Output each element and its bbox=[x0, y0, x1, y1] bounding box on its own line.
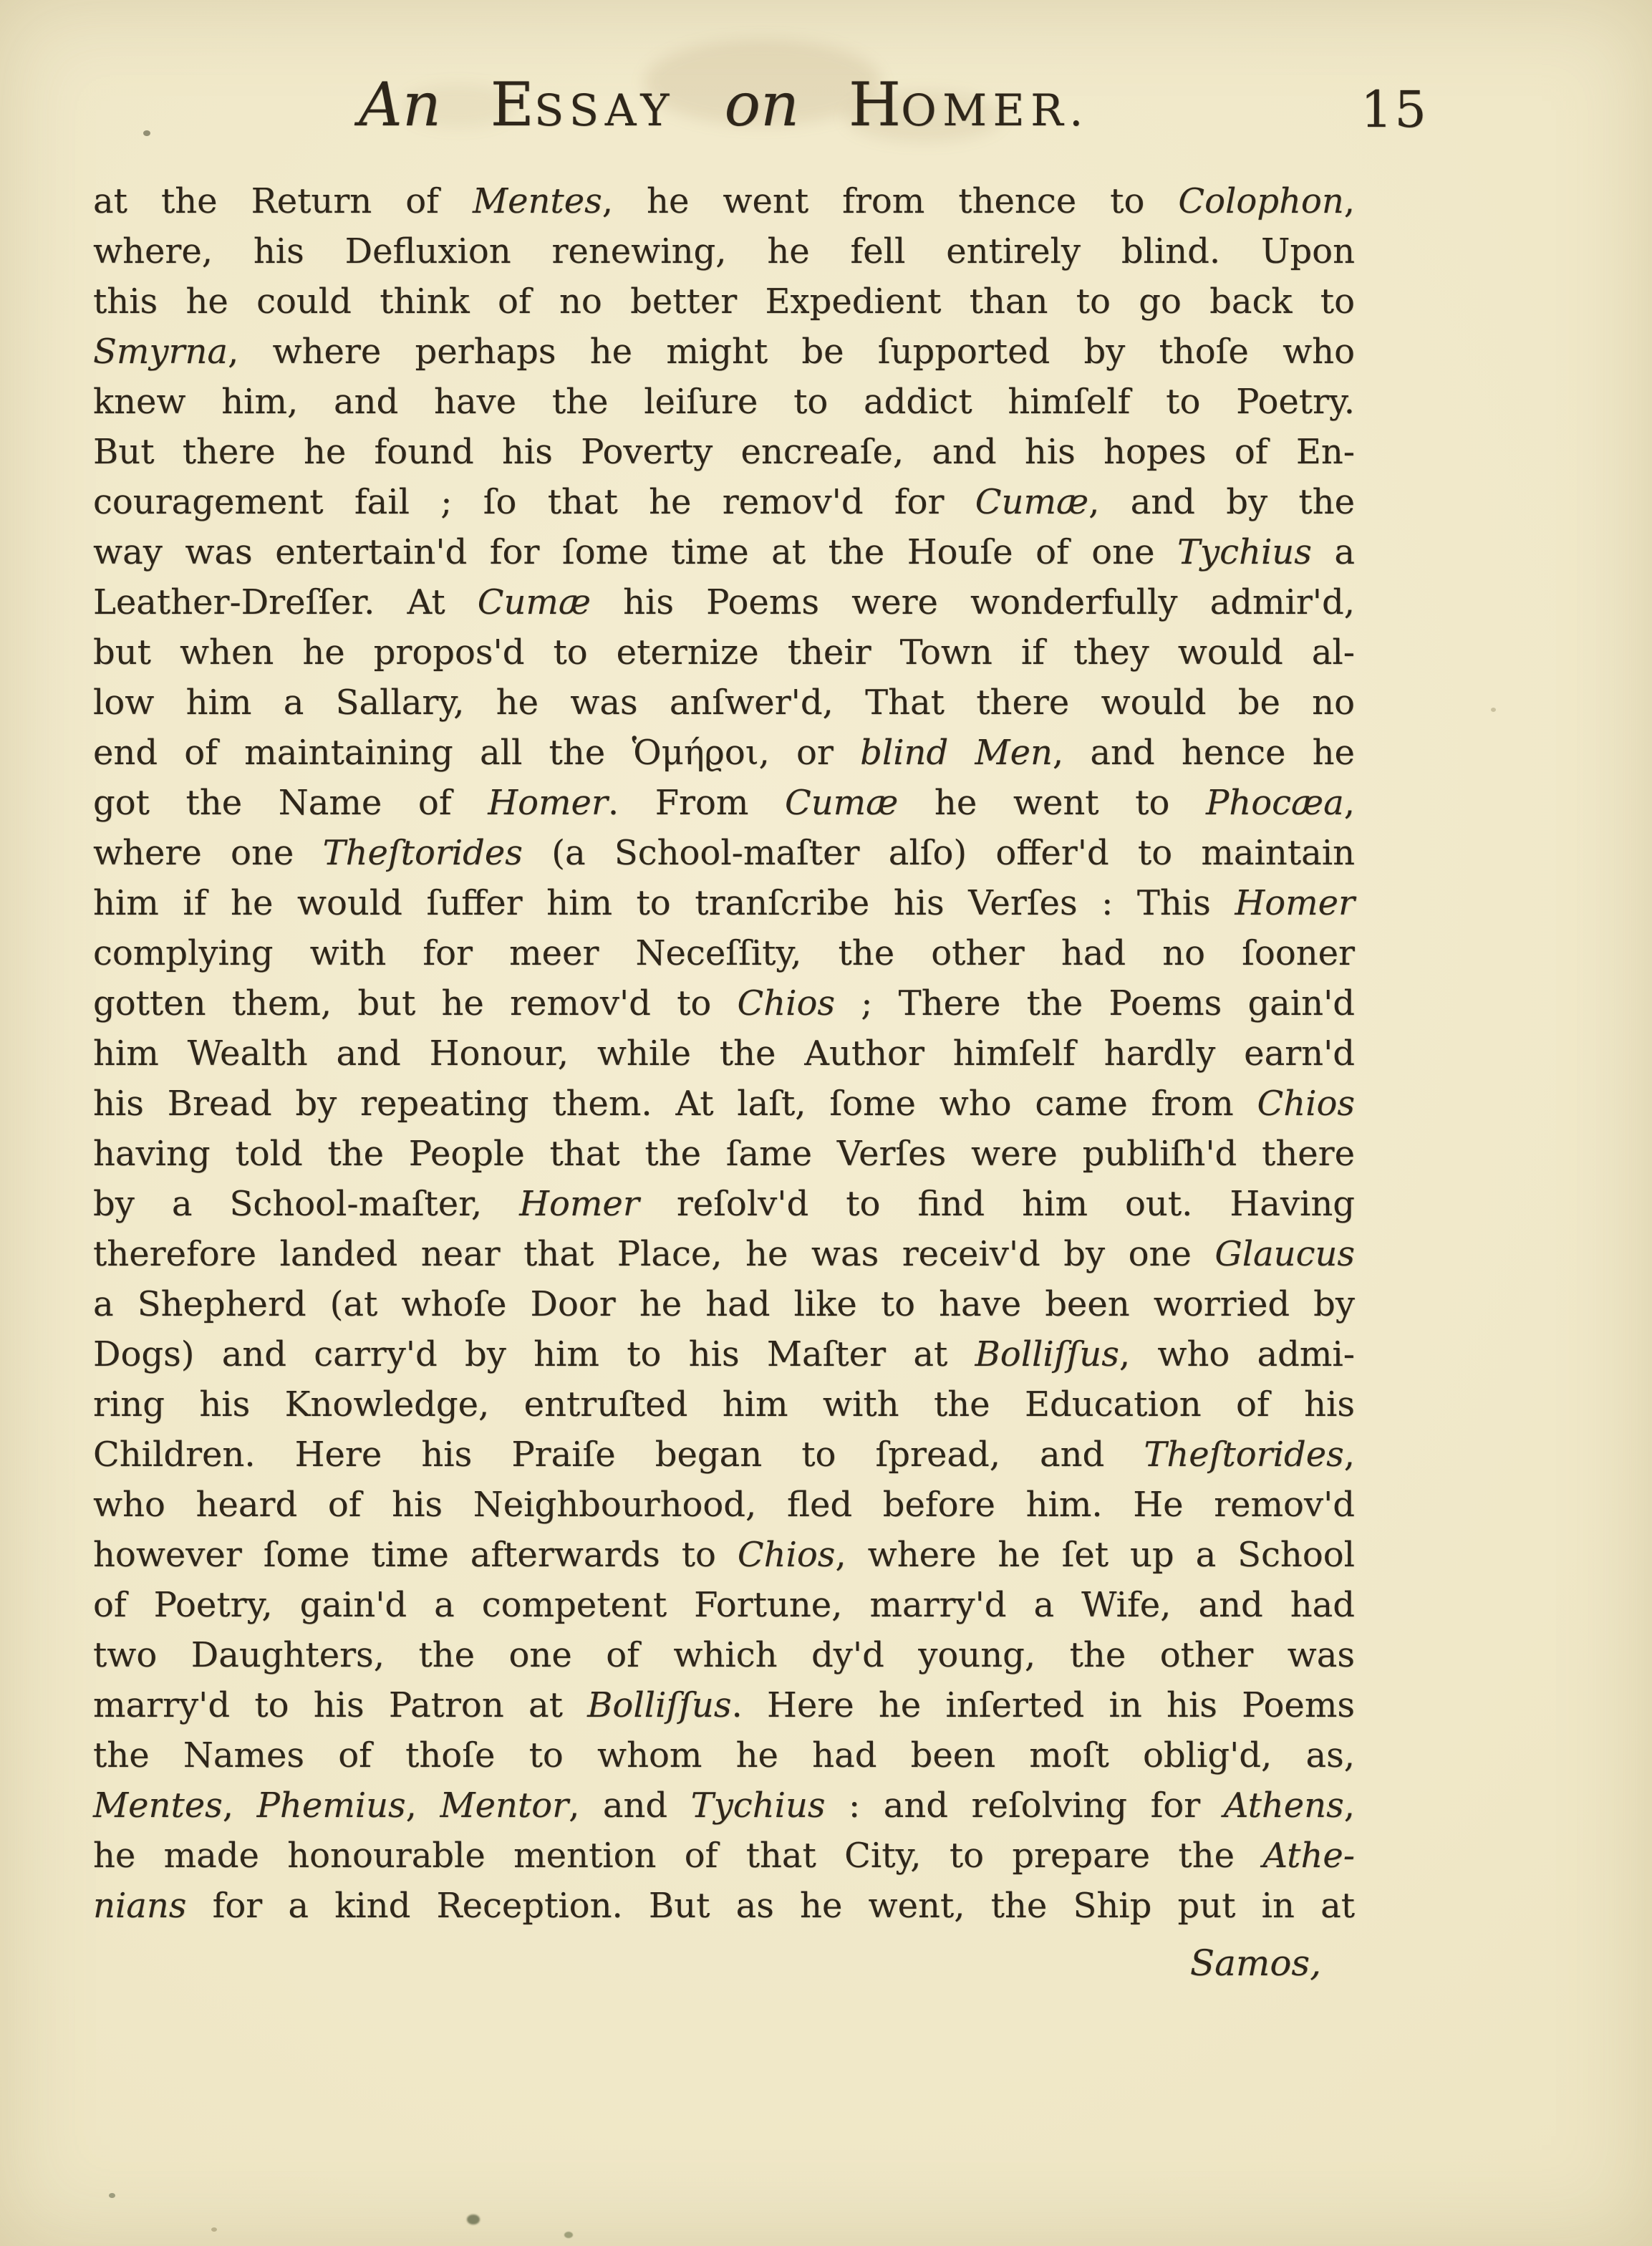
roman-text: at the Return of bbox=[93, 181, 473, 221]
text-line: nians for a kind Reception. But as he we… bbox=[93, 1881, 1355, 1931]
paper-speck bbox=[1491, 708, 1496, 712]
roman-text: who heard of his Neighbourhood, fled bef… bbox=[93, 1485, 1355, 1525]
text-line: But there he found his Poverty encreaſe,… bbox=[93, 427, 1355, 477]
smallcaps-text: omer. bbox=[901, 86, 1089, 136]
roman-text: he made honourable mention of that City,… bbox=[93, 1836, 1262, 1876]
roman-text: , he went from thence to bbox=[602, 181, 1179, 221]
roman-text: him Wealth and Honour, while the Author … bbox=[93, 1033, 1355, 1074]
italic-text: An bbox=[359, 69, 441, 140]
text-line: where, his Defluxion renewing, he fell e… bbox=[93, 226, 1355, 276]
roman-text bbox=[441, 69, 491, 140]
italic-text: Cumæ bbox=[975, 482, 1088, 522]
text-line: having told the People that the ſame Ver… bbox=[93, 1129, 1355, 1179]
text-line: by a School-maſter, Homer reſolv'd to fi… bbox=[93, 1179, 1355, 1229]
italic-text: Cumæ bbox=[478, 582, 591, 622]
text-line: at the Return of Mentes, he went from th… bbox=[93, 176, 1355, 226]
text-line: complying with for meer Neceſſity, the o… bbox=[93, 928, 1355, 978]
italic-text: Bolliſſus bbox=[587, 1685, 731, 1725]
text-line: Smyrna, where perhaps he might be ſuppor… bbox=[93, 327, 1355, 377]
text-line: a Shepherd (at whoſe Door he had like to… bbox=[93, 1279, 1355, 1329]
book-page: An Essay on Homer. 15 at the Return of M… bbox=[0, 0, 1652, 2246]
roman-text: complying with for meer Neceſſity, the o… bbox=[93, 933, 1355, 973]
text-line: of Poetry, gain'd a competent Fortune, m… bbox=[93, 1580, 1355, 1630]
roman-text: , bbox=[1344, 181, 1355, 221]
smallcaps-text: ssay bbox=[534, 86, 675, 136]
text-line: got the Name of Homer. From Cumæ he went… bbox=[93, 778, 1355, 828]
text-line: Dogs) and carry'd by him to his Maſter a… bbox=[93, 1329, 1355, 1379]
italic-text: Chios bbox=[1257, 1084, 1355, 1124]
italic-text: Homer bbox=[519, 1184, 639, 1224]
roman-text: by a School-maſter, bbox=[93, 1184, 519, 1224]
roman-text: having told the People that the ſame Ver… bbox=[93, 1134, 1355, 1174]
italic-text: Mentes bbox=[93, 1785, 223, 1826]
roman-text: reſolv'd to find him out. Having bbox=[639, 1184, 1355, 1224]
roman-text: knew him, and have the leiſure to addict… bbox=[93, 382, 1355, 422]
italic-text: Homer bbox=[488, 783, 608, 823]
roman-text: . From bbox=[608, 783, 785, 823]
text-line: Children. Here his Praiſe began to ſprea… bbox=[93, 1430, 1355, 1480]
italic-text: Tychius bbox=[691, 1785, 826, 1826]
text-line: him if he would ſuffer him to tranſcribe… bbox=[93, 878, 1355, 928]
roman-text: : and reſolving for bbox=[826, 1785, 1224, 1826]
roman-text: E bbox=[491, 69, 534, 140]
roman-text: a bbox=[1312, 532, 1355, 572]
italic-text: Smyrna bbox=[93, 332, 228, 372]
roman-text: a Shepherd (at whoſe Door he had like to… bbox=[93, 1284, 1355, 1324]
roman-text: , and hence he bbox=[1053, 733, 1355, 773]
roman-text: him if he would ſuffer him to tranſcribe… bbox=[93, 883, 1235, 923]
text-line: therefore landed near that Place, he was… bbox=[93, 1229, 1355, 1279]
italic-text: Tychius bbox=[1177, 532, 1312, 572]
text-line: the Names of thoſe to whom he had been m… bbox=[93, 1730, 1355, 1780]
roman-text: where one bbox=[93, 833, 323, 873]
text-line: marry'd to his Patron at Bolliſſus. Here… bbox=[93, 1680, 1355, 1730]
italic-text: Colophon bbox=[1178, 181, 1343, 221]
italic-text: Phemius bbox=[257, 1785, 406, 1826]
italic-text: Glaucus bbox=[1214, 1234, 1355, 1274]
text-line: way was entertain'd for ſome time at the… bbox=[93, 527, 1355, 577]
paper-speck bbox=[109, 2193, 115, 2198]
roman-text: got the Name of bbox=[93, 783, 488, 823]
roman-text: ring his Knowledge, entruſted him with t… bbox=[93, 1384, 1355, 1425]
italic-text: Athens bbox=[1224, 1785, 1344, 1826]
text-line: gotten them, but he remov'd to Chios ; T… bbox=[93, 978, 1355, 1028]
roman-text: of Poetry, gain'd a competent Fortune, m… bbox=[93, 1585, 1355, 1625]
running-header: An Essay on Homer. bbox=[93, 74, 1355, 135]
roman-text: the Names of thoſe to whom he had been m… bbox=[93, 1735, 1355, 1775]
roman-text: , where perhaps he might be ſupported by… bbox=[228, 332, 1355, 372]
roman-text: gotten them, but he remov'd to bbox=[93, 983, 738, 1023]
text-line: low him a Sallary, he was anſwer'd, That… bbox=[93, 678, 1355, 728]
italic-text: on bbox=[724, 69, 799, 140]
roman-text: , bbox=[1344, 783, 1355, 823]
roman-text: , where he ſet up a School bbox=[835, 1535, 1355, 1575]
roman-text: end of maintaining all the bbox=[93, 733, 632, 773]
roman-text: his Poems were wonderfully admir'd, bbox=[591, 582, 1355, 622]
roman-text: for a kind Reception. But as he went, th… bbox=[186, 1886, 1355, 1926]
paper-speck bbox=[143, 130, 150, 136]
roman-text: where, his Defluxion renewing, he fell e… bbox=[93, 231, 1355, 271]
roman-text: , who admi- bbox=[1119, 1334, 1355, 1374]
roman-text: . Here he inſerted in his Poems bbox=[731, 1685, 1355, 1725]
text-line: but when he propos'd to eternize their T… bbox=[93, 627, 1355, 678]
text-line: Mentes, Phemius, Mentor, and Tychius : a… bbox=[93, 1780, 1355, 1831]
roman-text: he went to bbox=[898, 783, 1206, 823]
roman-text: therefore landed near that Place, he was… bbox=[93, 1234, 1214, 1274]
roman-text: (a School-maſter alſo) offer'd to mainta… bbox=[523, 833, 1355, 873]
roman-text: , and by the bbox=[1088, 482, 1355, 522]
text-line: he made honourable mention of that City,… bbox=[93, 1831, 1355, 1881]
paper-speck bbox=[564, 2232, 573, 2238]
text-line: end of maintaining all the Ὁμήϱοι, or bl… bbox=[93, 728, 1355, 778]
text-line: this he could think of no better Expedie… bbox=[93, 276, 1355, 327]
roman-text: Children. Here his Praiſe began to ſprea… bbox=[93, 1435, 1144, 1475]
greek-text: Ὁμήϱοι bbox=[632, 733, 758, 773]
italic-text: blind Men bbox=[860, 733, 1053, 773]
text-line: ring his Knowledge, entruſted him with t… bbox=[93, 1379, 1355, 1430]
roman-text: Leather-Dreſſer. At bbox=[93, 582, 478, 622]
roman-text: , and bbox=[569, 1785, 691, 1826]
page-number: 15 bbox=[1361, 85, 1429, 135]
roman-text: two Daughters, the one of which dy'd you… bbox=[93, 1635, 1355, 1675]
roman-text: , or bbox=[759, 733, 861, 773]
text-line: Leather-Dreſſer. At Cumæ his Poems were … bbox=[93, 577, 1355, 627]
roman-text: however ſome time afterwards to bbox=[93, 1535, 738, 1575]
roman-text: couragement fail ; ſo that he remov'd fo… bbox=[93, 482, 975, 522]
italic-text: Theſtorides bbox=[323, 833, 523, 873]
italic-text: nians bbox=[93, 1886, 186, 1926]
text-line: where one Theſtorides (a School-maſter a… bbox=[93, 828, 1355, 878]
roman-text: H bbox=[849, 69, 901, 140]
roman-text: way was entertain'd for ſome time at the… bbox=[93, 532, 1177, 572]
roman-text: , bbox=[1344, 1785, 1355, 1826]
italic-text: Chios bbox=[738, 983, 836, 1023]
italic-text: Athe- bbox=[1262, 1836, 1355, 1876]
italic-text: Chios bbox=[738, 1535, 836, 1575]
roman-text: but when he propos'd to eternize their T… bbox=[93, 632, 1355, 673]
paper-speck bbox=[467, 2214, 480, 2225]
roman-text: But there he found his Poverty encreaſe,… bbox=[93, 432, 1355, 472]
italic-text: Phocæa bbox=[1206, 783, 1344, 823]
roman-text: Dogs) and carry'd by him to his Maſter a… bbox=[93, 1334, 975, 1374]
text-line: however ſome time afterwards to Chios, w… bbox=[93, 1530, 1355, 1580]
catchword: Samos, bbox=[93, 1938, 1321, 1988]
roman-text: ; There the Poems gain'd bbox=[835, 983, 1355, 1023]
italic-text: Mentes bbox=[473, 181, 602, 221]
text-line: his Bread by repeating them. At laſt, ſo… bbox=[93, 1079, 1355, 1129]
roman-text: this he could think of no better Expedie… bbox=[93, 281, 1355, 322]
italic-text: Homer bbox=[1235, 883, 1355, 923]
text-line: couragement fail ; ſo that he remov'd fo… bbox=[93, 477, 1355, 527]
italic-text: Mentor bbox=[440, 1785, 569, 1826]
roman-text bbox=[799, 69, 849, 140]
text-line: who heard of his Neighbourhood, fled bef… bbox=[93, 1480, 1355, 1530]
roman-text: his Bread by repeating them. At laſt, ſo… bbox=[93, 1084, 1257, 1124]
italic-text: Cumæ bbox=[785, 783, 898, 823]
roman-text: marry'd to his Patron at bbox=[93, 1685, 587, 1725]
paper-speck bbox=[211, 2227, 217, 2232]
text-line: knew him, and have the leiſure to addict… bbox=[93, 377, 1355, 427]
roman-text: low him a Sallary, he was anſwer'd, That… bbox=[93, 683, 1355, 723]
italic-text: Bolliſſus bbox=[975, 1334, 1119, 1374]
text-block: at the Return of Mentes, he went from th… bbox=[93, 176, 1355, 1931]
roman-text bbox=[675, 69, 725, 140]
text-line: him Wealth and Honour, while the Author … bbox=[93, 1028, 1355, 1079]
roman-text: , bbox=[1344, 1435, 1355, 1475]
roman-text: , bbox=[223, 1785, 257, 1826]
text-line: two Daughters, the one of which dy'd you… bbox=[93, 1630, 1355, 1680]
roman-text: , bbox=[406, 1785, 440, 1826]
italic-text: Theſtorides bbox=[1144, 1435, 1343, 1475]
